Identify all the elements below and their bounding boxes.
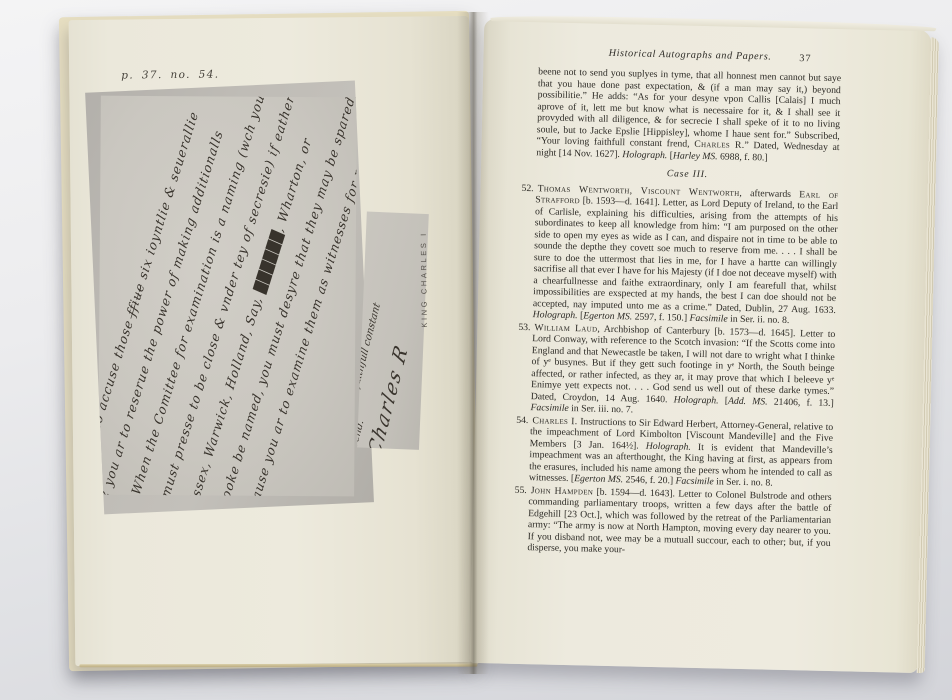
manuscript-plate-photo: 1 You ar to accuse those f̶f̶i̶u̶e̶ six …: [85, 81, 374, 515]
intro-paragraph: beene not to send you suplyes in tyme, t…: [536, 66, 841, 165]
catalog-item-55: 55.John Hampden [b. 1594—d. 1643]. Lette…: [513, 484, 831, 560]
item-number: 52.: [521, 182, 537, 193]
left-page: p. 37. no. 54. 1 You ar to accuse those …: [69, 16, 476, 666]
photo-background: p. 37. no. 54. 1 You ar to accuse those …: [0, 0, 952, 700]
running-header: Historical Autographs and Papers. 37: [538, 46, 841, 69]
catalog-item-52: 52.Thomas Wentworth, Viscount Wentworth,…: [519, 182, 839, 327]
item-number: 55.: [515, 484, 531, 495]
running-header-title: Historical Autographs and Papers.: [609, 48, 772, 63]
book-gutter: [457, 12, 489, 674]
item-text: Charles I. Instructions to Sir Edward He…: [529, 415, 833, 489]
case-heading: Case III.: [536, 165, 839, 183]
plate-caption: p. 37. no. 54.: [121, 69, 219, 82]
manuscript-letter-facsimile: 1 You ar to accuse those f̶f̶i̶u̶e̶ six …: [98, 96, 357, 497]
item-number: 54.: [516, 414, 532, 425]
catalog-item-54: 54.Charles I. Instructions to Sir Edward…: [515, 414, 833, 490]
handwriting-lines: 1 You ar to accuse those f̶f̶i̶u̶e̶ six …: [98, 96, 357, 497]
item-text: William Laud, Archbishop of Canterbury […: [530, 322, 835, 416]
right-page: Historical Autographs and Papers. 37 bee…: [470, 19, 932, 673]
item-number: 53.: [518, 321, 534, 332]
item-text: Thomas Wentworth, Viscount Wentworth, af…: [533, 183, 839, 326]
plate-side-caption: KING CHARLES I: [419, 214, 434, 344]
item-text: John Hampden [b. 1594—d. 1643]. Letter t…: [527, 485, 831, 556]
page-number: 37: [799, 53, 811, 65]
right-page-text: Historical Autographs and Papers. 37 bee…: [500, 46, 845, 561]
catalog-item-53: 53.William Laud, Archbishop of Canterbur…: [516, 321, 835, 420]
